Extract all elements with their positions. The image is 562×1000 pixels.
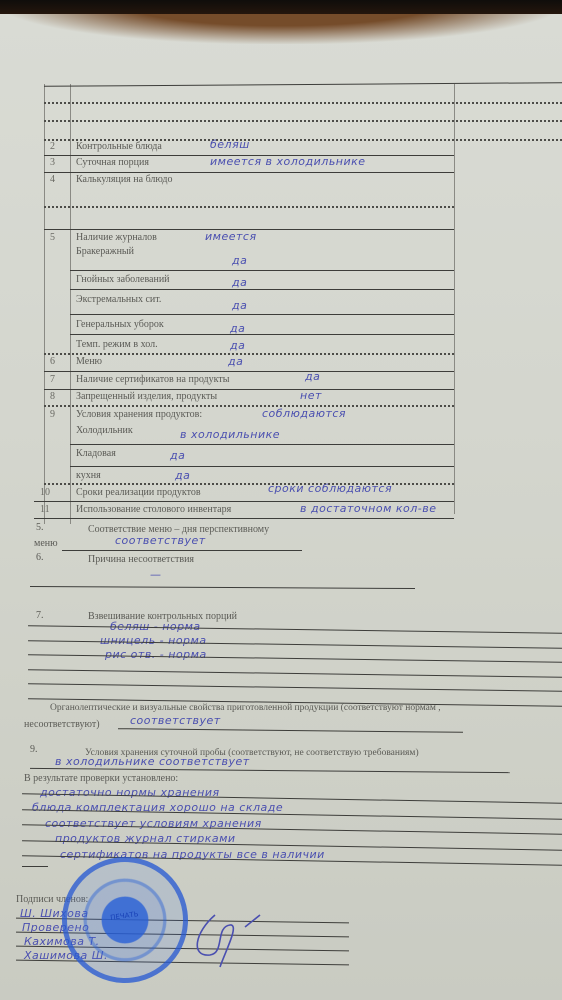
table-perforation (44, 483, 454, 485)
row-divider (44, 172, 454, 173)
table-perforation (44, 353, 454, 355)
row-entry-prohibited: нет (300, 389, 322, 402)
row-entry-daily-portion: имеется в холодильнике (210, 155, 366, 168)
row-number: 11 (40, 504, 50, 515)
row-number: 4 (50, 174, 55, 185)
row-divider (70, 270, 454, 271)
subrow-entry: да (232, 299, 247, 312)
row-label-prohibited: Запрещенный изделия, продукты (76, 391, 217, 402)
subrow-label: Экстремальных сит. (76, 294, 161, 305)
subrow-label: кухня (76, 470, 101, 481)
row-number: 3 (50, 157, 55, 168)
official-stamp-icon: ПЕЧАТЬ (54, 849, 196, 991)
table-perforation (44, 120, 562, 122)
fill-in-line (30, 586, 415, 589)
section6-label: Причина несоответствия (88, 554, 194, 565)
findings-label: В результате проверки установлено: (24, 773, 178, 784)
subrow-label: Холодильник (76, 425, 133, 436)
section5-label-cont: меню (34, 538, 58, 549)
table-perforation (44, 102, 562, 104)
subrow-entry: да (170, 449, 185, 462)
fill-in-line (22, 866, 48, 867)
inspection-form-page: 2 Контрольные блюда беляш 3 Суточная пор… (0, 14, 562, 1000)
fill-in-line (28, 669, 562, 677)
row-entry-menu: да (228, 355, 243, 368)
row-label-shelf-life: Сроки реализации продуктов (76, 487, 201, 498)
table-rule (44, 82, 562, 87)
subrow-entry: в холодильнике (180, 428, 280, 441)
row-entry-shelf-life: сроки соблюдаются (268, 482, 392, 495)
row-entry-storage: соблюдаются (262, 407, 346, 420)
section6-entry: — (150, 568, 162, 581)
section6-number: 6. (36, 552, 44, 563)
section5-number: 5. (36, 522, 44, 533)
section9-number: 9. (30, 744, 38, 755)
signature-line (16, 960, 349, 966)
section9-entry: в холодильнике соответствует (55, 755, 250, 768)
row-number: 7 (50, 374, 55, 385)
section7-number: 7. (36, 610, 44, 621)
row-entry-control-dishes: беляш (210, 138, 250, 151)
table-perforation (44, 206, 454, 208)
row-entry-certificates: да (305, 370, 320, 383)
section8-entry: соответствует (130, 714, 221, 727)
subrow-label: Генеральных уборок (76, 319, 164, 330)
row-entry-journals: имеется (205, 230, 257, 243)
subrow-entry: да (232, 276, 247, 289)
subrow-label: Бракеражный (76, 246, 134, 257)
row-number: 6 (50, 356, 55, 367)
row-number: 8 (50, 391, 55, 402)
handwritten-signature-icon (185, 907, 275, 977)
row-divider (70, 466, 454, 467)
row-label-certificates: Наличие сертификатов на продукты (76, 374, 229, 385)
section8-label: Органолептические и визуальные свойства … (50, 703, 441, 713)
table-column-divider (70, 84, 71, 524)
subrow-label: Кладовая (76, 448, 116, 459)
subrow-entry: да (232, 254, 247, 267)
row-label-menu: Меню (76, 356, 102, 367)
row-label-control-dishes: Контрольные блюда (76, 141, 162, 152)
table-bottom-border (34, 518, 454, 519)
row-label-storage: Условия хранения продуктов: (76, 409, 202, 420)
row-number: 9 (50, 409, 55, 420)
row-divider (70, 314, 454, 315)
row-label-tableware: Использование столового инвентаря (76, 504, 231, 515)
subrow-label: Гнойных заболеваний (76, 274, 170, 285)
row-entry-tableware: в достаточном кол-ве (300, 502, 437, 515)
subrow-label: Темп. режим в хол. (76, 339, 158, 350)
row-label-calculation: Калькуляция на блюдо (76, 174, 172, 185)
row-divider (44, 389, 454, 390)
table-border-right (454, 84, 455, 514)
section8-label-cont: несоответствуют) (24, 719, 100, 730)
table-border-left (44, 84, 45, 524)
section5-entry: соответствует (115, 534, 206, 547)
row-divider (70, 334, 454, 335)
fill-in-line (118, 728, 463, 733)
row-divider (70, 444, 454, 445)
row-number: 5 (50, 232, 55, 243)
row-label-daily-portion: Суточная порция (76, 157, 149, 168)
row-divider (70, 289, 454, 290)
portion-weighing-entry: шницель - норма (100, 634, 207, 647)
row-number: 2 (50, 141, 55, 152)
table-perforation (44, 405, 454, 407)
subrow-entry: да (230, 339, 245, 352)
fill-in-line (28, 683, 562, 691)
portion-weighing-entry: рис отв. - норма (105, 648, 207, 661)
stamp-text: ПЕЧАТЬ (66, 904, 182, 928)
row-number: 10 (40, 487, 50, 498)
row-divider (44, 371, 454, 372)
fill-in-line (62, 550, 302, 551)
subrow-entry: да (175, 469, 190, 482)
fill-in-line (28, 625, 562, 633)
row-label-journals: Наличие журналов (76, 232, 157, 243)
